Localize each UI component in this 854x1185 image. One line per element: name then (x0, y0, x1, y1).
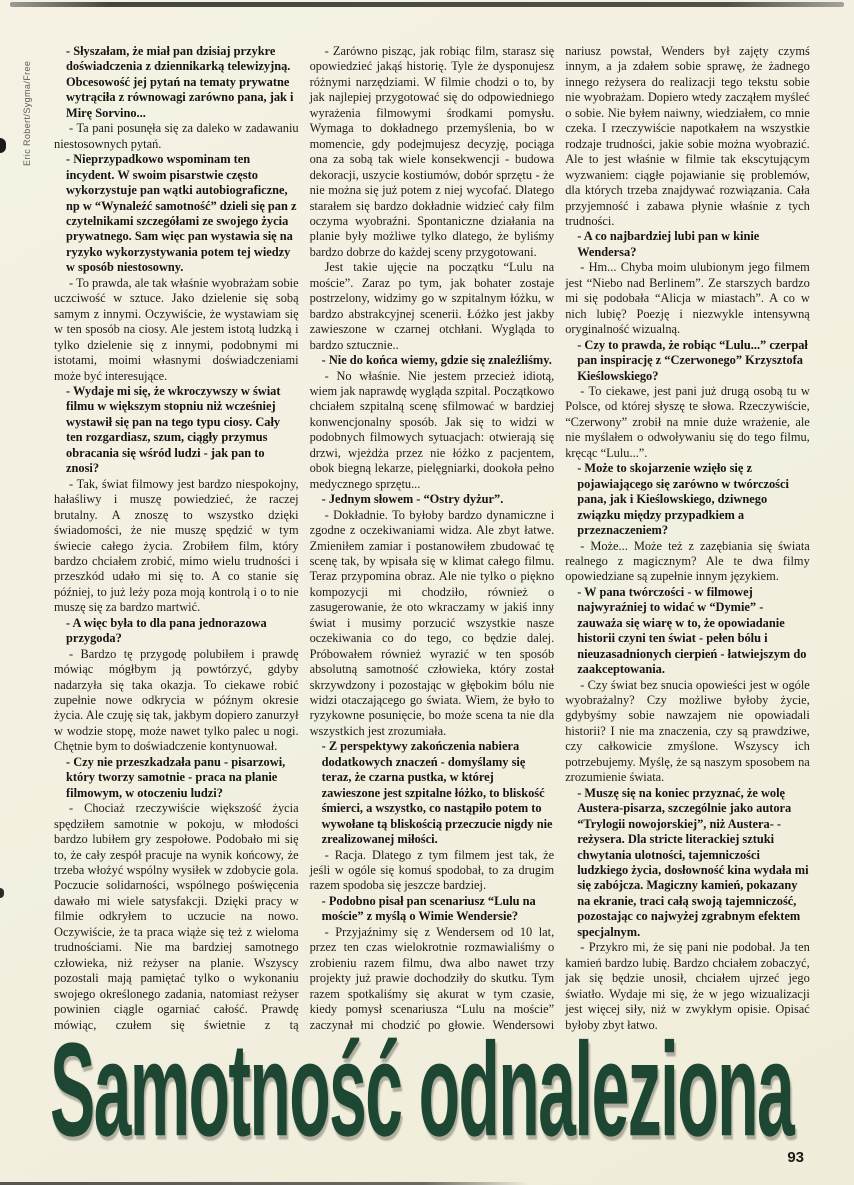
interview-answer: - Ta pani posunęła się za daleko w zadaw… (54, 121, 299, 152)
article-headline-text: Samotność odnaleziona (50, 1024, 793, 1157)
interview-question: - Podobno pisał pan scenariusz “Lulu na … (310, 894, 555, 925)
article-headline: Samotność odnaleziona (50, 1024, 830, 1159)
interview-question: - Muszę się na koniec przyznać, że wolę … (565, 786, 810, 941)
photo-credit: Eric Robert/Sygma/Free (22, 46, 32, 166)
interview-question: - Wydaje mi się, że wkroczywszy w świat … (54, 384, 299, 477)
scan-top-edge (10, 2, 844, 7)
interview-question: - Z perspektywy zakończenia nabiera doda… (310, 739, 555, 847)
interview-question: - Nie do końca wiemy, gdzie się znaleźli… (310, 353, 555, 368)
article-column-3: nariusz powstał, Wenders był zajęty czym… (565, 44, 810, 1032)
interview-answer: - Hm... Chyba moim ulubionym jego filmem… (565, 260, 810, 337)
interview-answer: - Chociaż rzeczywiście większość życia s… (54, 801, 299, 1032)
interview-answer: Jest takie ujęcie na początku “Lulu na m… (310, 260, 555, 353)
interview-question: - W pana twórczości - w filmowej najwyra… (565, 585, 810, 678)
interview-answer: - Dokładnie. To byłoby bardzo dynamiczne… (310, 508, 555, 740)
interview-answer: - Bardzo tę przygodę polubiłem i prawdę … (54, 647, 299, 755)
interview-answer: - No właśnie. Nie jestem przecież idiotą… (310, 369, 555, 493)
page-number: 93 (787, 1149, 804, 1166)
interview-question: - Jednym słowem - “Ostry dyżur”. (310, 492, 555, 507)
article-column-2: - Zarówno pisząc, jak robiąc film, stara… (310, 44, 555, 1032)
article-body: - Słyszałam, że miał pan dzisiaj przykre… (54, 44, 810, 1032)
interview-question: - Czy nie przeszkadzała panu - pisarzowi… (54, 755, 299, 801)
interview-question: - Czy to prawda, że robiąc “Lulu...” cze… (565, 338, 810, 384)
scan-left-mark (0, 138, 6, 153)
interview-answer: - Czy świat bez snucia opowieści jest w … (565, 678, 810, 786)
interview-question: - Słyszałam, że miał pan dzisiaj przykre… (54, 44, 299, 121)
interview-answer: - To prawda, ale tak właśnie wyobrażam s… (54, 276, 299, 384)
interview-answer: nariusz powstał, Wenders był zajęty czym… (565, 44, 810, 229)
interview-answer: - Może... Może też z zazębiania się świa… (565, 539, 810, 585)
interview-answer: - To ciekawe, jest pani już drugą osobą … (565, 384, 810, 461)
interview-question: - Może to skojarzenie wzięło się z pojaw… (565, 461, 810, 538)
interview-answer: - Racja. Dlatego z tym filmem jest tak, … (310, 848, 555, 894)
interview-question: - A co najbardziej lubi pan w kinie Wend… (565, 229, 810, 260)
interview-answer: - Tak, świat filmowy jest bardzo niespok… (54, 477, 299, 616)
interview-question: - A więc była to dla pana jednorazowa pr… (54, 616, 299, 647)
article-column-1: - Słyszałam, że miał pan dzisiaj przykre… (54, 44, 299, 1032)
interview-answer: - Zarówno pisząc, jak robiąc film, stara… (310, 44, 555, 260)
interview-question: - Nieprzypadkowo wspominam ten incydent.… (54, 152, 299, 276)
magazine-page: Eric Robert/Sygma/Free - Słyszałam, że m… (0, 0, 854, 1185)
scan-left-mark-small (0, 888, 4, 898)
